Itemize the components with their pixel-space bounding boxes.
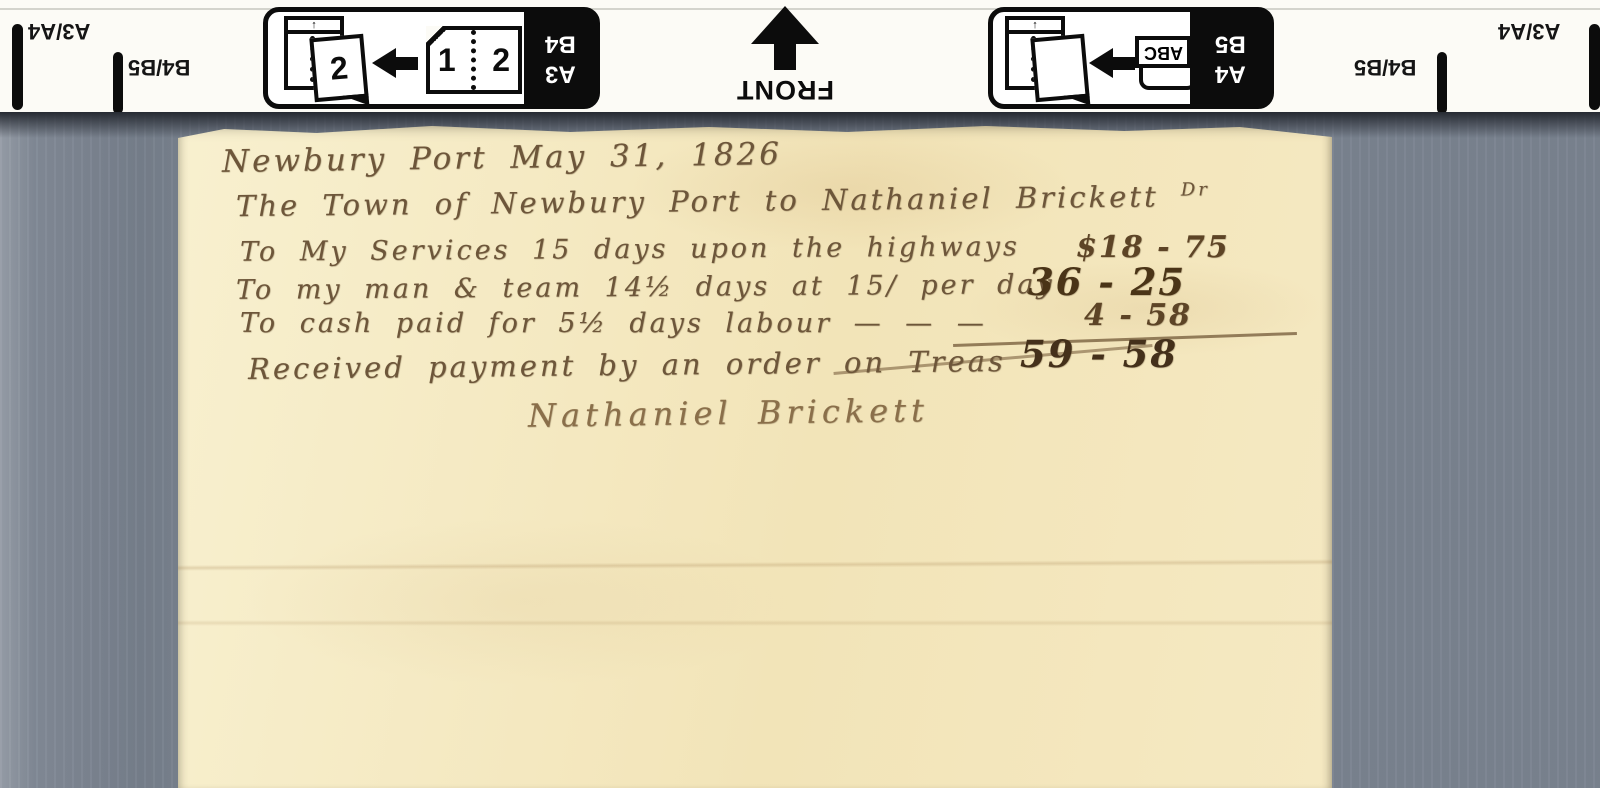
size-label-a3: A3 (545, 60, 576, 86)
size-mark-label-b4b5-right: B4/B5 (1354, 54, 1416, 80)
front-arrow-stem (774, 44, 796, 70)
dateline: Newbury Port May 31, 1826 (222, 136, 782, 180)
size-mark-tick-a3a4-right (1589, 24, 1600, 110)
size-mark-label-a3a4-left: A3/A4 (28, 18, 90, 44)
left-arrow-icon (1089, 48, 1135, 78)
split-dotted-divider (471, 30, 476, 90)
dr-abbreviation: Dr (1181, 179, 1210, 200)
split-page-icon: 1 2 (426, 26, 522, 94)
page-feed-bar: ↑ (288, 20, 340, 34)
size-label-a4: A4 (1215, 60, 1246, 86)
abc-card-icon: ABC (1139, 42, 1197, 90)
front-page-icon: 2 (309, 34, 368, 102)
front-page-icon (1030, 34, 1089, 102)
size-mark-tick-b4b5-right (1437, 52, 1447, 114)
paper-size-cap-right: B5 A4 (1190, 11, 1270, 105)
receipt-document: Newbury Port May 31, 1826 The Town of Ne… (178, 122, 1332, 788)
scanner-guide-strip: A3/A4 B4/B5 ↑ 2 1 2 (0, 0, 1600, 116)
size-mark-label-b4b5-left: B4/B5 (128, 54, 190, 80)
text-copy-panel: ↑ ABC B5 A4 (988, 7, 1274, 109)
scanned-receipt-image: A3/A4 B4/B5 ↑ 2 1 2 (0, 0, 1600, 788)
entry-line: To cash paid for 5½ days labour — — — (240, 308, 987, 339)
paper-fold-crease (178, 559, 1332, 571)
receipt-line: Received payment by an order on Treas (248, 344, 1006, 386)
front-indicator: FRONT (720, 6, 850, 105)
entry-line: To my man & team 14½ days at 15/ per day (236, 269, 1055, 306)
paper-size-cap-left: B4 A3 (524, 11, 596, 105)
page-number-label: 2 (329, 49, 350, 87)
abc-label-box: ABC (1135, 36, 1191, 68)
feed-arrow-icon: ↑ (1009, 20, 1061, 30)
left-arrow-icon (372, 48, 418, 78)
duplex-pages-icon: ↑ (1005, 16, 1101, 104)
front-label: FRONT (736, 74, 834, 105)
dogear-fold-icon (426, 26, 446, 46)
debtor-line: The Town of Newbury Port to Nathaniel Br… (236, 179, 1210, 223)
paper-fold-crease (178, 620, 1332, 626)
front-arrow-icon (751, 6, 819, 44)
page-feed-bar: ↑ (1009, 20, 1061, 34)
size-mark-tick-b4b5-left (113, 52, 123, 114)
abc-label: ABC (1144, 42, 1183, 63)
page-curl-icon (342, 94, 369, 108)
entry-amount: 4 - 58 (1084, 298, 1192, 333)
duplex-copy-panel: ↑ 2 1 2 B4 A3 (263, 7, 600, 109)
size-mark-tick-a3a4-left (12, 24, 23, 110)
total-amount: 59 - 58 (1020, 332, 1178, 376)
split-right-label: 2 (492, 42, 510, 79)
feed-arrow-icon: ↑ (288, 20, 340, 30)
size-label-b5: B5 (1215, 30, 1246, 56)
entry-line: To My Services 15 days upon the highways (240, 231, 1020, 267)
page-curl-icon (1063, 94, 1090, 108)
duplex-pages-icon: ↑ 2 (284, 16, 380, 104)
size-label-b4: B4 (545, 30, 576, 56)
size-mark-label-a3a4-right: A3/A4 (1498, 18, 1560, 44)
signature: Nathaniel Brickett (528, 391, 929, 435)
split-left-label: 1 (438, 42, 456, 79)
